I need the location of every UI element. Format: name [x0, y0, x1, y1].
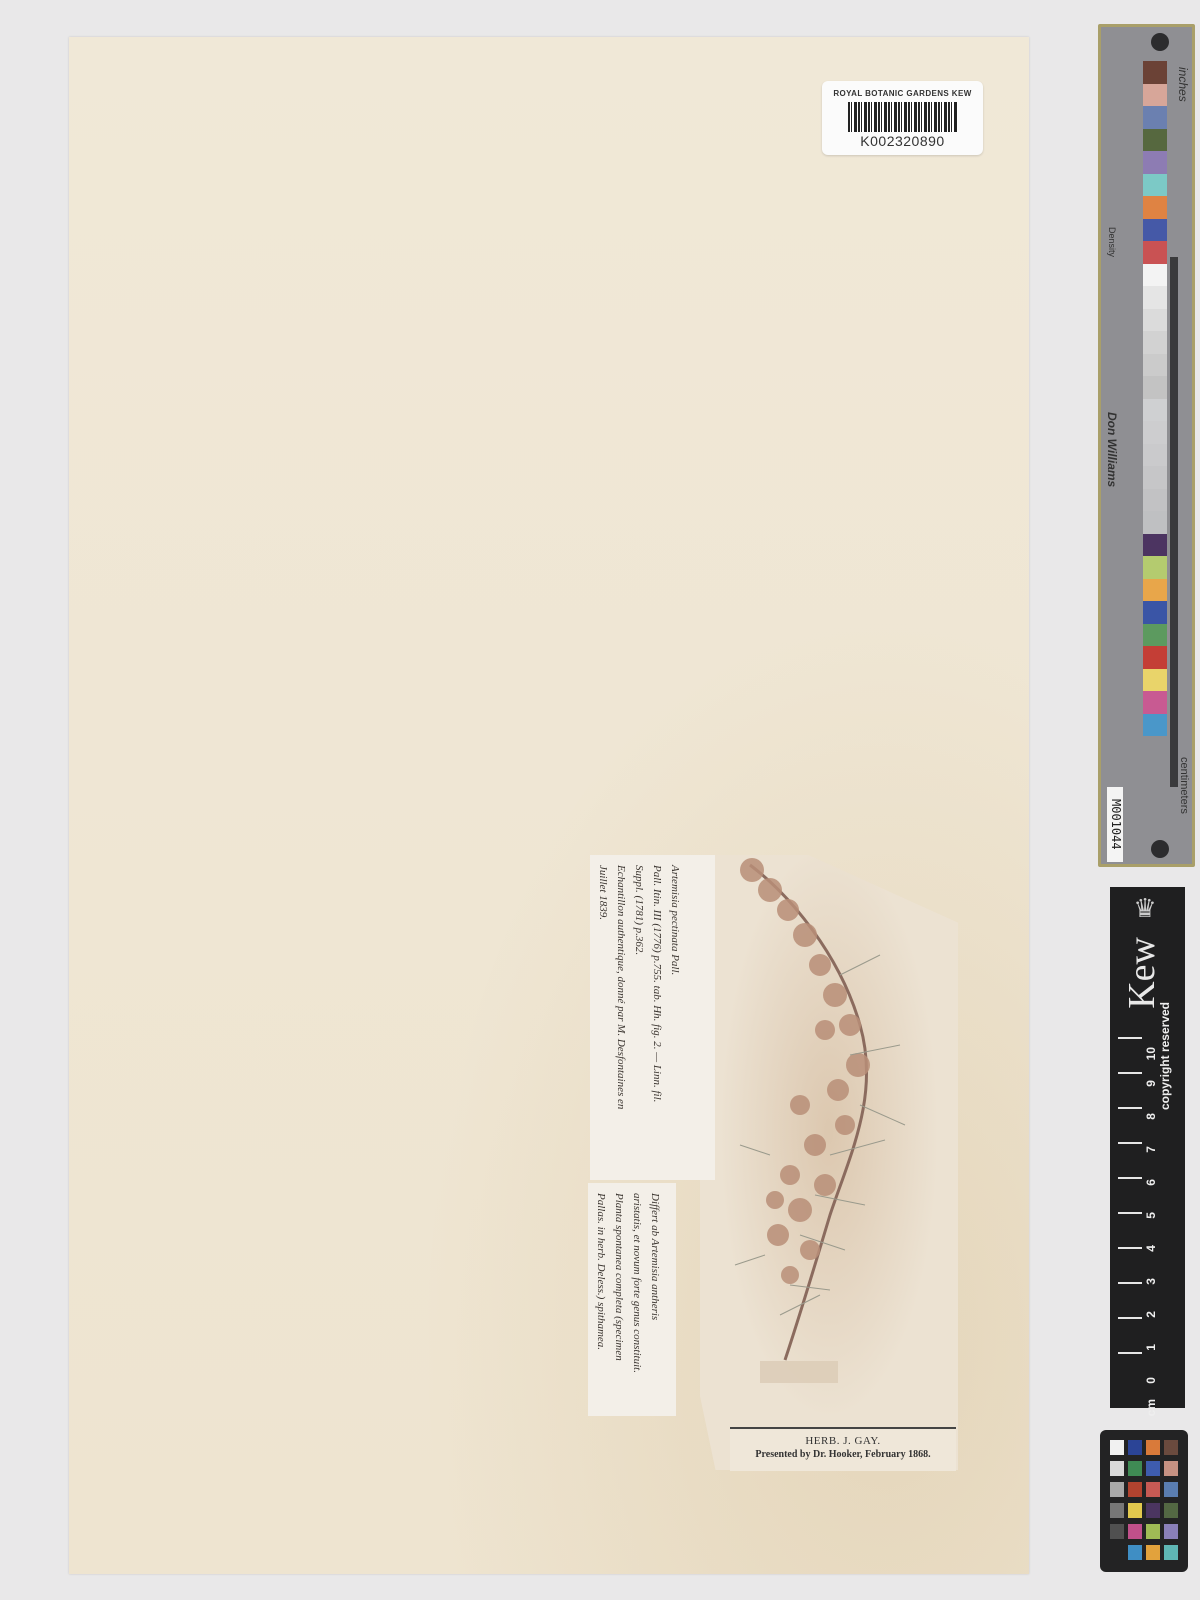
color-checker-cell	[1128, 1461, 1142, 1476]
color-swatch	[1143, 331, 1167, 354]
color-swatch	[1143, 354, 1167, 377]
herbarium-provenance: Presented by Dr. Hooker, February 1868.	[730, 1449, 956, 1460]
color-checker-cell	[1146, 1440, 1160, 1455]
notes-text: Differt ab Artemisia antherisaristatis, …	[592, 1193, 664, 1373]
color-swatch	[1143, 579, 1167, 602]
color-swatch	[1143, 646, 1167, 669]
handwritten-line: Differt ab Artemisia antheris	[646, 1193, 664, 1373]
copyright-text: copyright reserved	[1158, 1002, 1172, 1110]
handwritten-line: Artemisia pectinata Pall.	[666, 865, 684, 1109]
ruler-number: 0	[1144, 1377, 1158, 1384]
color-checker-cell	[1146, 1461, 1160, 1476]
ruler-number: 10	[1144, 1047, 1158, 1060]
color-swatch	[1143, 61, 1167, 84]
color-checker-cell	[1146, 1503, 1160, 1518]
color-checker-cell	[1110, 1524, 1124, 1539]
strip-swatches	[1143, 61, 1167, 736]
handwritten-line: Pallas. in herb. Deless.) spithamea.	[592, 1193, 610, 1373]
color-checker-cell	[1110, 1440, 1124, 1455]
barcode-number: K002320890	[822, 133, 983, 149]
color-swatch	[1143, 624, 1167, 647]
color-swatch	[1143, 489, 1167, 512]
density-label: Density	[1107, 227, 1117, 257]
ruler-ticks	[1118, 1037, 1142, 1387]
ruler-number: 5	[1144, 1212, 1158, 1219]
handwritten-line: Planta spontanea completa (specimen	[610, 1193, 628, 1373]
color-checker-cell	[1164, 1545, 1178, 1560]
strip-hole-icon	[1151, 33, 1169, 51]
color-swatch	[1143, 466, 1167, 489]
color-checker-cell	[1164, 1440, 1178, 1455]
color-swatch	[1143, 84, 1167, 107]
color-calibration-strip: inches centimeters Density Don Williams …	[1098, 24, 1195, 867]
color-swatch	[1143, 286, 1167, 309]
color-checker-cell	[1110, 1503, 1124, 1518]
ruler-number: 4	[1144, 1245, 1158, 1252]
color-swatch	[1143, 444, 1167, 467]
color-swatch	[1143, 601, 1167, 624]
kew-scale-ruler: ♛ Kew copyright reserved 012345678910cm	[1110, 887, 1185, 1408]
strip-id: M001044	[1107, 787, 1123, 862]
color-swatch	[1143, 309, 1167, 332]
color-checker-cell	[1164, 1482, 1178, 1497]
ruler-numbers: 012345678910cm	[1144, 1037, 1158, 1397]
color-checker-cell	[1110, 1482, 1124, 1497]
notes-label: Differt ab Artemisia antherisaristatis, …	[588, 1183, 676, 1416]
herbarium-name: HERB. J. GAY.	[730, 1435, 956, 1447]
ruler-number: 7	[1144, 1146, 1158, 1153]
strip-brand: Don Williams	[1105, 412, 1119, 487]
color-checker-cell	[1128, 1545, 1142, 1560]
color-checker-cell	[1110, 1461, 1124, 1476]
color-checker-cell	[1146, 1524, 1160, 1539]
color-swatch	[1143, 399, 1167, 422]
color-swatch	[1143, 691, 1167, 714]
color-swatch	[1143, 196, 1167, 219]
color-checker-cell	[1128, 1482, 1142, 1497]
color-swatch	[1143, 556, 1167, 579]
color-swatch	[1143, 174, 1167, 197]
centimeters-label: centimeters	[1178, 757, 1190, 814]
specimen-tape-strip	[760, 1361, 838, 1383]
color-swatch	[1143, 151, 1167, 174]
ruler-unit: cm	[1144, 1399, 1158, 1416]
kew-crest-icon: ♛	[1130, 893, 1160, 927]
kew-logo: Kew	[1120, 937, 1164, 1009]
color-swatch	[1143, 511, 1167, 534]
plant-specimen	[730, 855, 930, 1375]
handwritten-line: Suppl. (1781) p.362.	[630, 865, 648, 1109]
ruler-number: 2	[1144, 1311, 1158, 1318]
handwritten-line: Pall. Itin. III (1776) p.755. tab. Hh. f…	[648, 865, 666, 1109]
color-swatch	[1143, 421, 1167, 444]
color-swatch	[1143, 129, 1167, 152]
color-swatch	[1143, 534, 1167, 557]
color-checker-cell	[1146, 1482, 1160, 1497]
color-checker-cell	[1128, 1524, 1142, 1539]
color-checker-cell	[1164, 1461, 1178, 1476]
color-swatch	[1143, 714, 1167, 737]
color-swatch	[1143, 669, 1167, 692]
determination-label: Artemisia pectinata Pall.Pall. Itin. III…	[590, 855, 715, 1180]
institution-name: ROYAL BOTANIC GARDENS KEW	[822, 89, 983, 98]
color-checker-grid	[1110, 1440, 1178, 1561]
barcode-icon	[848, 102, 958, 132]
color-swatch	[1143, 264, 1167, 287]
color-checker-cell	[1164, 1524, 1178, 1539]
handwritten-line: Echantillon authentique, donné par M. De…	[612, 865, 630, 1109]
color-checker-cell	[1146, 1545, 1160, 1560]
barcode-label: ROYAL BOTANIC GARDENS KEW K002320890	[822, 81, 983, 155]
strip-hole-icon	[1151, 840, 1169, 858]
color-checker-cell	[1128, 1503, 1142, 1518]
strip-scale	[1170, 257, 1178, 787]
color-checker-cell	[1128, 1440, 1142, 1455]
color-checker-cell	[1110, 1545, 1124, 1560]
ruler-number: 1	[1144, 1344, 1158, 1351]
color-checker-cell	[1164, 1503, 1178, 1518]
handwritten-line: aristatis, et novum forte genus constitu…	[628, 1193, 646, 1373]
handwritten-line: Juillet 1839.	[594, 865, 612, 1109]
color-swatch	[1143, 241, 1167, 264]
inches-label: inches	[1176, 67, 1190, 102]
ruler-number: 3	[1144, 1278, 1158, 1285]
color-swatch	[1143, 219, 1167, 242]
herbarium-label: HERB. J. GAY. Presented by Dr. Hooker, F…	[730, 1427, 956, 1471]
ruler-number: 9	[1144, 1080, 1158, 1087]
color-swatch	[1143, 106, 1167, 129]
ruler-number: 8	[1144, 1113, 1158, 1120]
color-swatch	[1143, 376, 1167, 399]
color-checker-card	[1100, 1430, 1188, 1572]
determination-text: Artemisia pectinata Pall.Pall. Itin. III…	[594, 865, 684, 1109]
ruler-number: 6	[1144, 1179, 1158, 1186]
